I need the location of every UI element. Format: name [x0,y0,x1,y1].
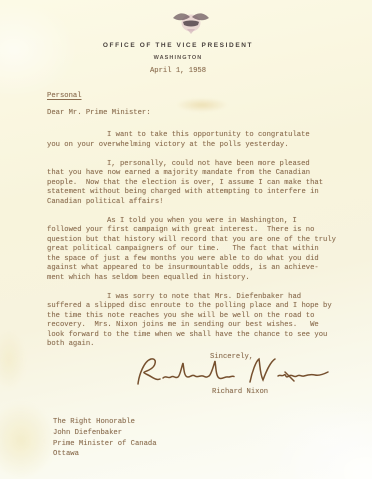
body-line: Canadian political affairs! [47,198,347,208]
body-line: you on your overwhelming victory at the … [47,141,347,151]
body-line: that you have now earned a majority mand… [47,169,347,179]
body-line: question but that history will record th… [47,236,347,246]
letterhead-office: OFFICE OF THE VICE PRESIDENT [0,42,356,49]
recipient-line: John Diefenbaker [53,428,157,439]
body-line: the space of just a few months you were … [47,255,347,265]
letter-page: OFFICE OF THE VICE PRESIDENT WASHINGTON … [0,0,372,479]
body-line: the time this note reaches you she will … [47,312,347,322]
recipient-line: Ottawa [53,449,157,460]
body-line: people. Now that the election is over, I… [47,179,347,189]
paragraph-2: I, personally, could not have been more … [47,160,347,208]
body-line: look forward to the time when we shall h… [47,331,347,341]
recipient-line: The Right Honorable [53,417,157,428]
typed-signature-name: Richard Nixon [212,388,268,396]
signature-stroke [163,361,234,379]
letter-body: I want to take this opportunity to congr… [47,131,347,359]
richard-nixon-signature [130,353,335,393]
body-line: great political campaigners of our time.… [47,245,347,255]
body-line: As I told you when you were in Washingto… [47,217,347,227]
body-line: against what appeared to be insurmountab… [47,264,347,274]
signature-stroke [250,359,275,382]
paper-stain [176,98,228,112]
signature-stroke [138,359,160,384]
paragraph-3: As I told you when you were in Washingto… [47,217,347,284]
body-line: statement without being charged with att… [47,188,347,198]
body-line: ment which has seldom been equalled in h… [47,274,347,284]
paragraph-1: I want to take this opportunity to congr… [47,131,347,150]
body-line: I was sorry to note that Mrs. Diefenbake… [47,293,347,303]
salutation: Dear Mr. Prime Minister: [47,109,151,117]
paragraph-4: I was sorry to note that Mrs. Diefenbake… [47,293,347,350]
body-line: both again. [47,340,347,350]
recipient-line: Prime Minister of Canada [53,439,157,450]
vice-president-eagle-seal-icon [170,9,212,35]
body-line: followed your first campaign with great … [47,226,347,236]
paper-stain [0,402,56,479]
letterhead-city: WASHINGTON [0,55,356,61]
letter-date: April 1, 1958 [0,67,356,75]
body-line: I, personally, could not have been more … [47,160,347,170]
personal-notation: Personal [47,92,82,100]
body-line: recovery. Mrs. Nixon joins me in sending… [47,321,347,331]
recipient-address-block: The Right Honorable John Diefenbaker Pri… [53,417,157,460]
body-line: suffered a slipped disc enroute to the p… [47,302,347,312]
body-line: I want to take this opportunity to congr… [47,131,347,141]
paper-stain [0,330,26,390]
